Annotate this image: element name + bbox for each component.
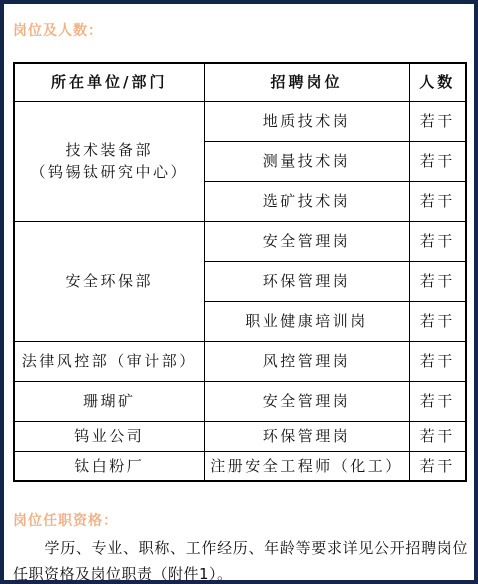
count-cell: 若干 xyxy=(409,301,466,341)
column-header-count: 人数 xyxy=(409,63,466,101)
count-cell: 若干 xyxy=(409,221,466,261)
count-cell: 若干 xyxy=(409,341,466,381)
position-cell: 安全管理岗 xyxy=(204,381,409,421)
table-row: 珊瑚矿安全管理岗若干 xyxy=(14,381,466,421)
column-header-position: 招聘岗位 xyxy=(204,63,409,101)
positions-table: 所在单位/部门 招聘岗位 人数 技术装备部（钨锡钛研究中心）地质技术岗若干测量技… xyxy=(13,62,467,482)
column-header-unit: 所在单位/部门 xyxy=(14,63,204,101)
position-cell: 风控管理岗 xyxy=(204,341,409,381)
unit-cell: 技术装备部（钨锡钛研究中心） xyxy=(14,101,204,221)
position-cell: 环保管理岗 xyxy=(204,261,409,301)
qualifications-heading: 岗位任职资格： xyxy=(13,512,463,531)
unit-cell: 珊瑚矿 xyxy=(14,381,204,421)
position-cell: 地质技术岗 xyxy=(204,101,409,141)
count-cell: 若干 xyxy=(409,141,466,181)
position-cell: 测量技术岗 xyxy=(204,141,409,181)
count-cell: 若干 xyxy=(409,421,466,451)
table-row: 技术装备部（钨锡钛研究中心）地质技术岗若干 xyxy=(14,101,466,141)
count-cell: 若干 xyxy=(409,261,466,301)
count-cell: 若干 xyxy=(409,101,466,141)
table-row: 安全环保部安全管理岗若干 xyxy=(14,221,466,261)
position-cell: 选矿技术岗 xyxy=(204,181,409,221)
count-cell: 若干 xyxy=(409,181,466,221)
table-row: 钛白粉厂注册安全工程师（化工）若干 xyxy=(14,451,466,481)
table-row: 法律风控部（审计部）风控管理岗若干 xyxy=(14,341,466,381)
qualifications-paragraph: 学历、专业、职称、工作经历、年龄等要求详见公开招聘岗位任职资格及岗位职责（附件1… xyxy=(13,535,468,584)
position-cell: 环保管理岗 xyxy=(204,421,409,451)
count-cell: 若干 xyxy=(409,451,466,481)
unit-cell: 钛白粉厂 xyxy=(14,451,204,481)
position-cell: 职业健康培训岗 xyxy=(204,301,409,341)
position-cell: 安全管理岗 xyxy=(204,221,409,261)
unit-cell: 法律风控部（审计部） xyxy=(14,341,204,381)
table-row: 钨业公司环保管理岗若干 xyxy=(14,421,466,451)
count-cell: 若干 xyxy=(409,381,466,421)
position-cell: 注册安全工程师（化工） xyxy=(204,451,409,481)
positions-heading: 岗位及人数： xyxy=(13,22,463,41)
document-page: 岗位及人数： 所在单位/部门 招聘岗位 人数 技术装备部（钨锡钛研究中心）地质技… xyxy=(0,0,478,584)
unit-cell: 钨业公司 xyxy=(14,421,204,451)
unit-cell: 安全环保部 xyxy=(14,221,204,341)
table-header-row: 所在单位/部门 招聘岗位 人数 xyxy=(14,63,466,101)
